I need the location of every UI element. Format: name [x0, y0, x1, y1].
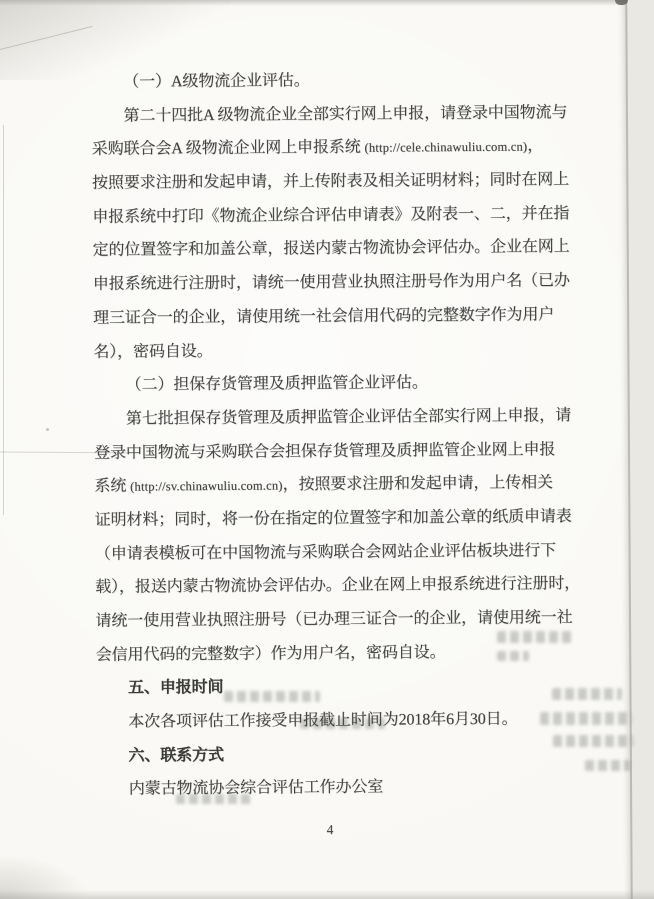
text-line: （一）A级物流企业评估。 — [123, 72, 309, 90]
text-line: 载），报送内蒙古物流协会评估办。企业在网上申报系统进行注册时， — [95, 575, 580, 596]
text-line: 申报系统进行注册时，请统一使用营业执照注册号作为用户名（已办 — [93, 264, 575, 301]
text-line: 五、申报时间 — [128, 679, 224, 697]
scan-speck — [46, 428, 49, 431]
scanned-document-page: （一）A级物流企业评估。 第二十四批A 级物流企业全部实行网上申报，请登录中国物… — [0, 0, 654, 899]
text-line: 申报系统进行注册时，请统一使用营业执照注册号作为用户名（已办 — [93, 272, 570, 293]
text-line: 按照要求注册和发起申请，并上传附表及相关证明材料；同时在网上 — [92, 163, 574, 200]
text-line: ， — [527, 138, 543, 155]
text-line: （申请表模板可在中国物流与采购联合会网站企业评估板块进行下 — [95, 534, 577, 571]
text-line: 第二十四批A 级物流企业全部实行网上申报，请登录中国物流与 — [91, 96, 573, 133]
scan-left-edge-line — [3, 125, 4, 515]
text-line: 采购联合会A 级物流企业网上申报系统 (http://cele.chinawul… — [92, 129, 574, 166]
section-heading-contact-info: 六、联系方式 — [96, 736, 578, 773]
url-text: (http://sv.chinawuliu.com.cn) — [130, 479, 283, 494]
text-line: 系统 — [94, 478, 130, 495]
document-body: （一）A级物流企业评估。 第二十四批A 级物流企业全部实行网上申报，请登录中国物… — [91, 62, 579, 807]
text-line: 第七批担保存货管理及质押监管企业评估全部实行网上申报，请 — [126, 407, 571, 427]
text-line: 名），密码自设。 — [93, 342, 212, 360]
text-line: 登录中国物流与采购联合会担保存货管理及质押监管企业网上申报 — [94, 441, 555, 462]
text-line: 请统一使用营业执照注册号（已办理三证合一的企业，请使用统一社 — [95, 609, 572, 630]
text-line: 采购联合会A 级物流企业网上申报系统 — [92, 139, 365, 158]
text-line: 内蒙古物流协会综合评估工作办公室 — [129, 779, 384, 798]
subsection-heading-2: （二）担保存货管理及质押监管企业评估。 — [93, 365, 575, 402]
url-text: (http://cele.chinawuliu.com.cn) — [364, 140, 527, 155]
section-heading-application-time: 五、申报时间 — [96, 668, 578, 705]
text-line: 载），报送内蒙古物流协会评估办。企业在网上申报系统进行注册时， — [95, 567, 577, 604]
text-line: 申报系统中打印《物流企业综合评估申请表》及附表一、二，并在指 — [92, 197, 574, 234]
text-line: 六、联系方式 — [128, 747, 224, 765]
text-line: 会信用代码的完整数字）作为用户名，密码自设。 — [96, 635, 578, 672]
text-line: 内蒙古物流协会综合评估工作办公室 — [97, 770, 579, 807]
text-line: 按照要求注册和发起申请，并上传附表及相关证明材料；同时在网上 — [92, 171, 569, 192]
text-line: 申报系统中打印《物流企业综合评估申请表》及附表一、二，并在指 — [92, 205, 569, 226]
text-line: 登录中国物流与采购联合会担保存货管理及质押监管企业网上申报 — [94, 433, 576, 470]
text-line: 理三证合一的企业，请使用统一社会信用代码的完整数字作为用户 — [93, 298, 575, 335]
text-line: 定的位置签字和加盖公章，报送内蒙古物流协会评估办。企业在网上 — [92, 231, 574, 268]
text-line: 系统 (http://sv.chinawuliu.com.cn)，按照要求注册和… — [94, 466, 576, 503]
text-line: 本次各项评估工作接受申报截止时间为2018年6月30日。 — [96, 702, 578, 739]
text-line: 名），密码自设。 — [93, 332, 575, 369]
text-line: 本次各项评估工作接受申报截止时间为2018年6月30日。 — [128, 711, 517, 731]
subsection-heading-1: （一）A级物流企业评估。 — [91, 62, 573, 99]
text-line: 请统一使用营业执照注册号（已办理三证合一的企业，请使用统一社 — [95, 601, 577, 638]
text-line: 理三证合一的企业，请使用统一社会信用代码的完整数字作为用户 — [93, 306, 554, 327]
bleed-through-mark — [585, 760, 630, 771]
text-line: ，按照要求注册和发起申请，上传相关 — [283, 475, 553, 494]
text-line: 第七批担保存货管理及质押监管企业评估全部实行网上申报，请 — [94, 399, 576, 436]
text-line: （二）担保存货管理及质押监管企业评估。 — [126, 374, 428, 393]
text-line: 定的位置签字和加盖公章，报送内蒙古物流协会评估办。企业在网上 — [92, 239, 569, 260]
scan-bottom-edge-shadow — [0, 890, 654, 899]
text-line: 第二十四批A 级物流企业全部实行网上申报，请登录中国物流与 — [123, 104, 567, 124]
text-line: 证明材料；同时，将一份在指定的位置签字和加盖公章的纸质申请表 — [95, 508, 572, 529]
text-line: （申请表模板可在中国物流与采购联合会网站企业评估板块进行下 — [95, 542, 556, 563]
scan-corner-shading — [0, 854, 90, 899]
text-line: 证明材料；同时，将一份在指定的位置签字和加盖公章的纸质申请表 — [95, 500, 577, 537]
text-line: 会信用代码的完整数字）作为用户名，密码自设。 — [96, 644, 446, 664]
page-number: 4 — [0, 822, 654, 838]
